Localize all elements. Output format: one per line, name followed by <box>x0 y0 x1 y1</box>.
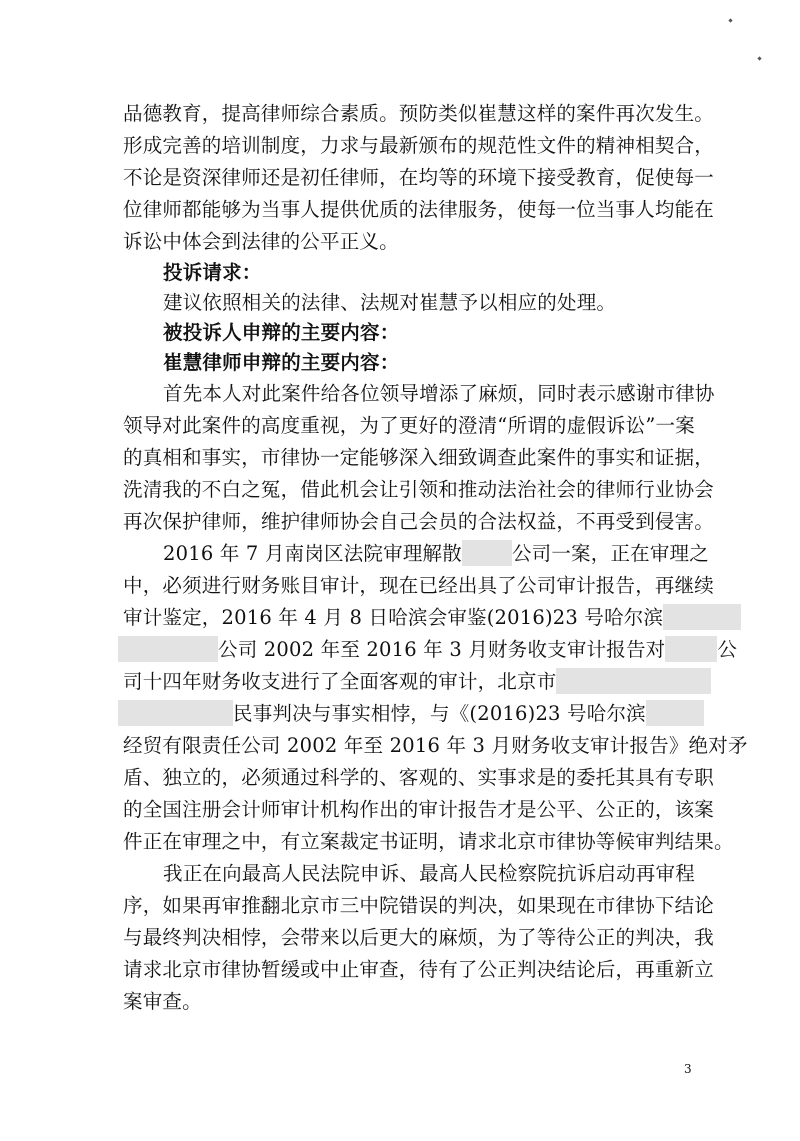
redaction-box <box>118 636 218 662</box>
text-line: 我正在向最高人民法院申诉、最高人民检察院抗诉启动再审程 <box>163 859 693 889</box>
scan-speck <box>757 56 761 60</box>
redaction-box <box>663 604 741 630</box>
text-line: 审计鉴定，2016 年 4 月 8 日哈滨会审鉴(2016)23 号哈尔滨 <box>123 603 693 633</box>
text-line: 形成完善的培训制度，力求与最新颁布的规范性文件的精神相契合， <box>123 131 693 161</box>
text-line: 的全国注册会计师审计机构作出的审计报告才是公平、公正的，该案 <box>123 795 693 825</box>
text-line: 的真相和事实，市律协一定能够深入细致调查此案件的事实和证据， <box>123 443 693 473</box>
text-line: 请求北京市律协暂缓或中止审查，待有了公正判决结论后，再重新立 <box>123 955 693 985</box>
heading-respondent-defense: 被投诉人申辩的主要内容： <box>163 318 693 348</box>
text-line: 再次保护律师，维护律师协会自己会员的合法权益，不再受到侵害。 <box>123 507 693 537</box>
document-page: 品德教育，提高律师综合素质。预防类似崔慧这样的案件再次发生。 形成完善的培训制度… <box>0 0 800 1141</box>
redaction-box <box>646 700 704 726</box>
text-line: 首先本人对此案件给各位领导增添了麻烦，同时表示感谢市律协 <box>163 379 693 409</box>
text-span: 司十四年财务收支进行了全面客观的审计，北京市 <box>123 670 556 693</box>
text-line: 件正在审理之中，有立案裁定书证明，请求北京市律协等候审判结果。 <box>123 827 693 857</box>
text-span: 公司一案，正在审理之 <box>512 542 709 565</box>
text-line: 中，必须进行财务账目审计，现在已经出具了公司审计报告，再继续 <box>123 571 693 601</box>
text-span: 公 <box>717 638 737 661</box>
text-span: 2016 年 7 月南岗区法院审理解散 <box>163 542 462 565</box>
text-line: 位律师都能够为当事人提供优质的法律服务，使每一位当事人均能在 <box>123 195 693 225</box>
heading-complaint-request: 投诉请求： <box>163 258 693 288</box>
text-span: 公司 2002 年至 2016 年 3 月财务收支审计报告对 <box>218 638 665 661</box>
text-line: 洗清我的不白之冤，借此机会让引领和推动法治社会的律师行业协会 <box>123 475 693 505</box>
text-line: 2016 年 7 月南岗区法院审理解散公司一案，正在审理之 <box>163 539 693 569</box>
redaction-box <box>556 668 711 694</box>
redaction-box <box>462 540 512 566</box>
complaint-request-text: 建议依照相关的法律、法规对崔慧予以相应的处理。 <box>163 288 693 318</box>
text-line: 案审查。 <box>123 987 693 1017</box>
redaction-box <box>665 636 717 662</box>
text-line: 诉讼中体会到法律的公平正义。 <box>123 227 693 257</box>
redaction-box <box>118 700 233 726</box>
text-line: 盾、独立的，必须通过科学的、客观的、实事求是的委托其具有专职 <box>123 763 693 793</box>
text-line: 不论是资深律师还是初任律师，在均等的环境下接受教育，促使每一 <box>123 163 693 193</box>
text-line: 民事判决与事实相悖，与《(2016)23 号哈尔滨 <box>118 699 688 729</box>
text-line: 品德教育，提高律师综合素质。预防类似崔慧这样的案件再次发生。 <box>123 99 693 129</box>
text-line: 与最终判决相悖，会带来以后更大的麻烦，为了等待公正的判决，我 <box>123 923 693 953</box>
page-number: 3 <box>684 1062 692 1076</box>
scan-speck <box>728 18 732 22</box>
text-span: 审计鉴定，2016 年 4 月 8 日哈滨会审鉴(2016)23 号哈尔滨 <box>123 606 663 629</box>
text-span: 民事判决与事实相悖，与《(2016)23 号哈尔滨 <box>233 702 646 725</box>
heading-lawyer-defense: 崔慧律师申辩的主要内容： <box>163 348 693 378</box>
text-line: 公司 2002 年至 2016 年 3 月财务收支审计报告对公 <box>118 635 688 665</box>
text-line: 序，如果再审推翻北京市三中院错误的判决，如果现在市律协下结论 <box>123 891 693 921</box>
text-line: 司十四年财务收支进行了全面客观的审计，北京市 <box>123 667 693 697</box>
text-line: 经贸有限责任公司 2002 年至 2016 年 3 月财务收支审计报告》绝对矛 <box>123 731 693 761</box>
text-line: 领导对此案件的高度重视，为了更好的澄清“所谓的虚假诉讼”一案 <box>123 411 693 441</box>
